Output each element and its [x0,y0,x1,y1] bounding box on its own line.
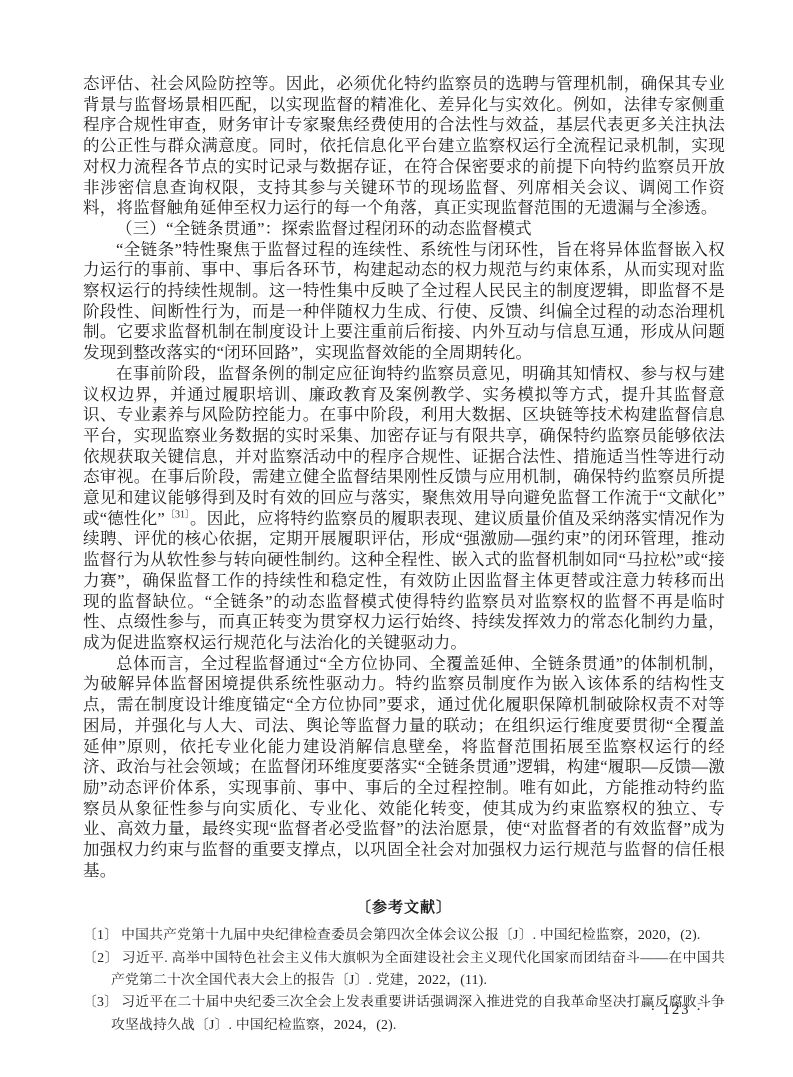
reference-item: 〔2〕习近平. 高举中国特色社会主义伟大旗帜为全面建设社会主义现代化国家而团结奋… [83,947,725,992]
references-heading: 〔参考文献〕 [83,896,725,917]
reference-label: 〔3〕 [83,994,121,1009]
reference-label: 〔2〕 [83,950,122,965]
document-page: 态评估、社会风险防控等。因此，必须优化特约监察员的选聘与管理机制，确保其专业背景… [0,0,793,1077]
reference-text: 习近平在二十届中央纪委三次全会上发表重要讲话强调深入推进党的自我革命坚决打赢反腐… [111,994,725,1031]
reference-text: 中国共产党第十九届中央纪律检查委员会第四次全体会议公报〔J〕. 中国纪检监察，2… [121,927,700,942]
reference-label: 〔1〕 [83,927,121,942]
page-content: 态评估、社会风险防控等。因此，必须优化特约监察员的选聘与管理机制，确保其专业背景… [83,74,725,1036]
paragraph-three-stage-part1: 在事前阶段，监督条例的制定应征询特约监察员意见，明确其知情权、参与权与建议权边界… [83,364,725,528]
reference-item: 〔1〕中国共产党第十九届中央纪律检查委员会第四次全体会议公报〔J〕. 中国纪检监… [83,924,725,946]
paragraph-three-stage-supervision: 在事前阶段，监督条例的制定应征询特约监察员意见，明确其知情权、参与权与建议权边界… [83,364,725,654]
paragraph-full-chain-feature: “全链条”特性聚焦于监督过程的连续性、系统性与闭环性，旨在将异体监督嵌入权力运行… [83,240,725,364]
footnote-ref-31: 〔31〕 [165,509,190,520]
page-number: · 123 · [650,1002,703,1019]
paragraph-overall-summary: 总体而言，全过程监督通过“全方位协同、全覆盖延伸、全链条贯通”的体制机制，为破解… [83,654,725,882]
references-list: 〔1〕中国共产党第十九届中央纪律检查委员会第四次全体会议公报〔J〕. 中国纪检监… [83,924,725,1035]
paragraph-supervisor-selection-continuation: 态评估、社会风险防控等。因此，必须优化特约监察员的选聘与管理机制，确保其专业背景… [83,74,725,219]
reference-item: 〔3〕习近平在二十届中央纪委三次全会上发表重要讲话强调深入推进党的自我革命坚决打… [83,991,725,1036]
paragraph-three-stage-part2: 。因此，应将特约监察员的履职表现、建议质量价值及采纳落实情况作为续聘、评优的核心… [83,509,725,652]
reference-text: 习近平. 高举中国特色社会主义伟大旗帜为全面建设社会主义现代化国家而团结奋斗——… [111,950,725,987]
section-heading-full-chain: （三）“全链条贯通”：探索监督过程闭环的动态监督模式 [83,219,725,240]
